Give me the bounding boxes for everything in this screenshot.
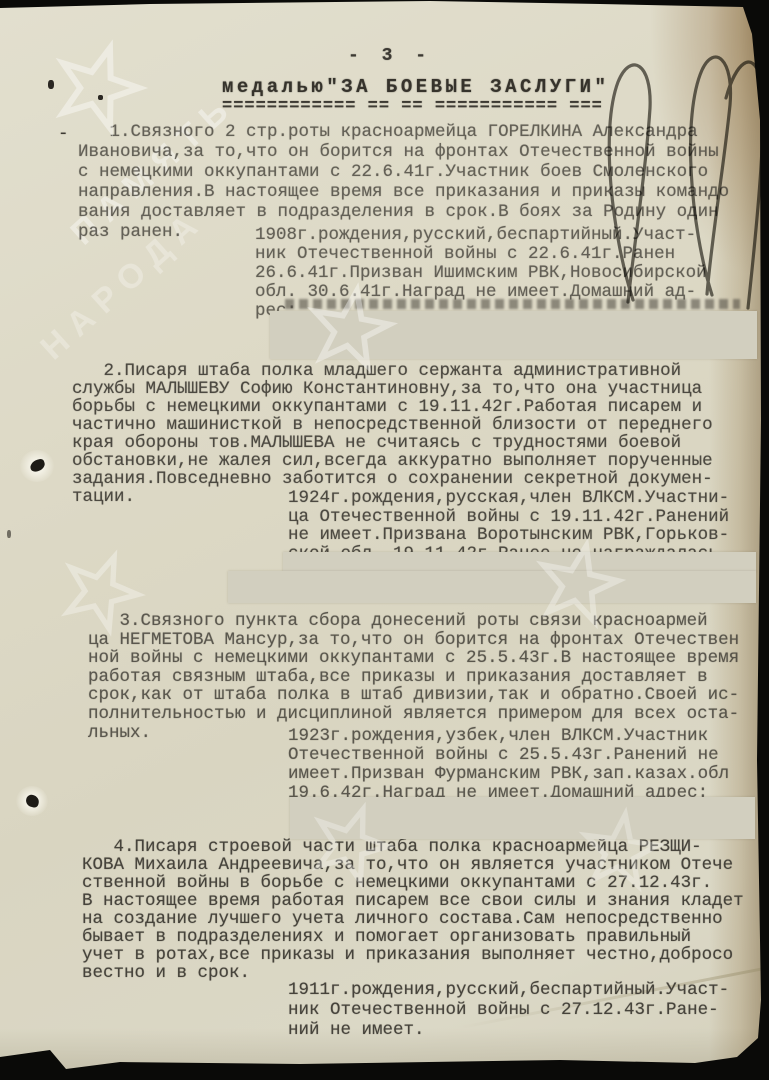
entry-main-paragraph-2: 2.Писаря штаба полка младшего сержанта а…: [72, 362, 713, 506]
typewritten-line: 2.Писаря штаба полка младшего сержанта а…: [72, 362, 713, 380]
typewritten-line: направления.В настоящее время все приказ…: [78, 182, 729, 202]
typewritten-line: бывает в подразделениях и помогает орган…: [82, 928, 744, 946]
title-underline: ============ == == =========== ===: [222, 97, 603, 116]
redaction-box-address-3: [290, 797, 755, 839]
typewritten-line: имеет.Призван Фурманским РВК,зап.казах.о…: [288, 765, 729, 784]
typewritten-line: частично машинисткой в непосредственной …: [72, 416, 713, 434]
typewritten-line: работая связным штаба,все приказы и прик…: [88, 668, 739, 687]
typewritten-line: ник Отечественной войны с 27.12.43г.Ране…: [288, 1000, 729, 1020]
typewritten-line: борьбы с немецкими оккупантами с 19.11.4…: [72, 398, 713, 416]
paper-speck: [98, 95, 103, 100]
typewritten-line: ник Отечественной войны с 22.6.41г.Ранен: [255, 245, 707, 264]
typewritten-line: срок,как от штаба полка в штаб дивизии,т…: [88, 686, 739, 705]
typewritten-line: Ивановича,за то,что он борится на фронта…: [78, 142, 729, 162]
typewritten-line: КОВА Михаила Андреевича,за то,что он явл…: [82, 856, 744, 874]
typewritten-line: задания.Повседневно заботится о сохранен…: [72, 470, 713, 488]
typewritten-line: полнительностью и дисциплиной является п…: [88, 705, 739, 724]
typewritten-line: Отечественной войны с 25.5.43г.Ранений н…: [288, 746, 729, 765]
redaction-box-address-2: [228, 571, 756, 603]
typewritten-line: ной войны с немецкими оккупантами с 25.5…: [88, 649, 739, 668]
typewritten-line: с немецкими оккупантами с 22.6.41г.Участ…: [78, 162, 729, 182]
paper-speck: [48, 80, 54, 89]
redaction-box-address-1: [270, 311, 757, 359]
typewritten-line: В настоящее время работая писарем все св…: [82, 892, 744, 910]
typewritten-line: 1.Связного 2 стр.роты красноармейца ГОРЕ…: [78, 122, 729, 142]
typewritten-line: 1923г.рождения,узбек,член ВЛКСМ.Участник: [288, 727, 729, 746]
typewritten-line: учет в ротах,все приказы и приказания вы…: [82, 946, 744, 964]
typewritten-line: 4.Писаря строевой части штаба полка крас…: [82, 838, 744, 856]
stray-typewriter-mark: -: [58, 124, 69, 144]
page-number: - 3 -: [348, 46, 432, 66]
star-watermark-icon: [49, 36, 148, 133]
typewritten-line: 1924г.рождения,русская,член ВЛКСМ.Участн…: [288, 489, 729, 508]
typewritten-line: 1908г.рождения,русский,беспартийный.Учас…: [255, 226, 707, 245]
typewritten-line: вания доставляет в подразделения в срок.…: [78, 202, 729, 222]
scanned-document-page: ПАМЯТЬ НАРОДА - 3 - медалью"ЗА БОЕВЫЕ ЗА…: [0, 0, 769, 1080]
typewritten-line: на создание лучшего учета личного состав…: [82, 910, 744, 928]
entry-main-paragraph-1: 1.Связного 2 стр.роты красноармейца ГОРЕ…: [78, 122, 729, 242]
redaction-box-address-2: [283, 552, 756, 572]
entry-detail-paragraph-3: 1923г.рождения,узбек,член ВЛКСМ.Участник…: [288, 727, 729, 803]
typewritten-line: 3.Связного пункта сбора донесений роты с…: [88, 612, 739, 631]
entry-detail-paragraph-4: 1911г.рождения,русский,беспартийный.Учас…: [288, 980, 729, 1040]
typewritten-line: службы МАЛЫШЕВУ Софию Константиновну,за …: [72, 380, 713, 398]
typewritten-line: ца НЕГМЕТОВА Мансур,за то,что он борится…: [88, 631, 739, 650]
document-title: медалью"ЗА БОЕВЫЕ ЗАСЛУГИ": [222, 76, 609, 98]
cut-off-text-smudge: [285, 299, 740, 309]
entry-main-paragraph-4: 4.Писаря строевой части штаба полка крас…: [82, 838, 744, 982]
typewritten-line: обстановки,не жалея сил,всегда аккуратно…: [72, 452, 713, 470]
typewritten-line: 1911г.рождения,русский,беспартийный.Учас…: [288, 980, 729, 1000]
typewritten-line: ственной войны в борьбе с немецкими окку…: [82, 874, 744, 892]
typewritten-line: ний не имеет.: [288, 1020, 729, 1040]
typewritten-line: 26.6.41г.Призван Ишимским РВК,Новосибирс…: [255, 264, 707, 283]
entry-main-paragraph-3: 3.Связного пункта сбора донесений роты с…: [88, 612, 739, 742]
typewritten-line: ца Отечественной войны с 19.11.42г.Ранен…: [288, 508, 729, 527]
typewritten-line: края обороны тов.МАЛЫШЕВА не считаясь с …: [72, 434, 713, 452]
paper-speck: [7, 530, 11, 538]
typewritten-line: не имеет.Призвана Воротынским РВК,Горько…: [288, 526, 729, 545]
